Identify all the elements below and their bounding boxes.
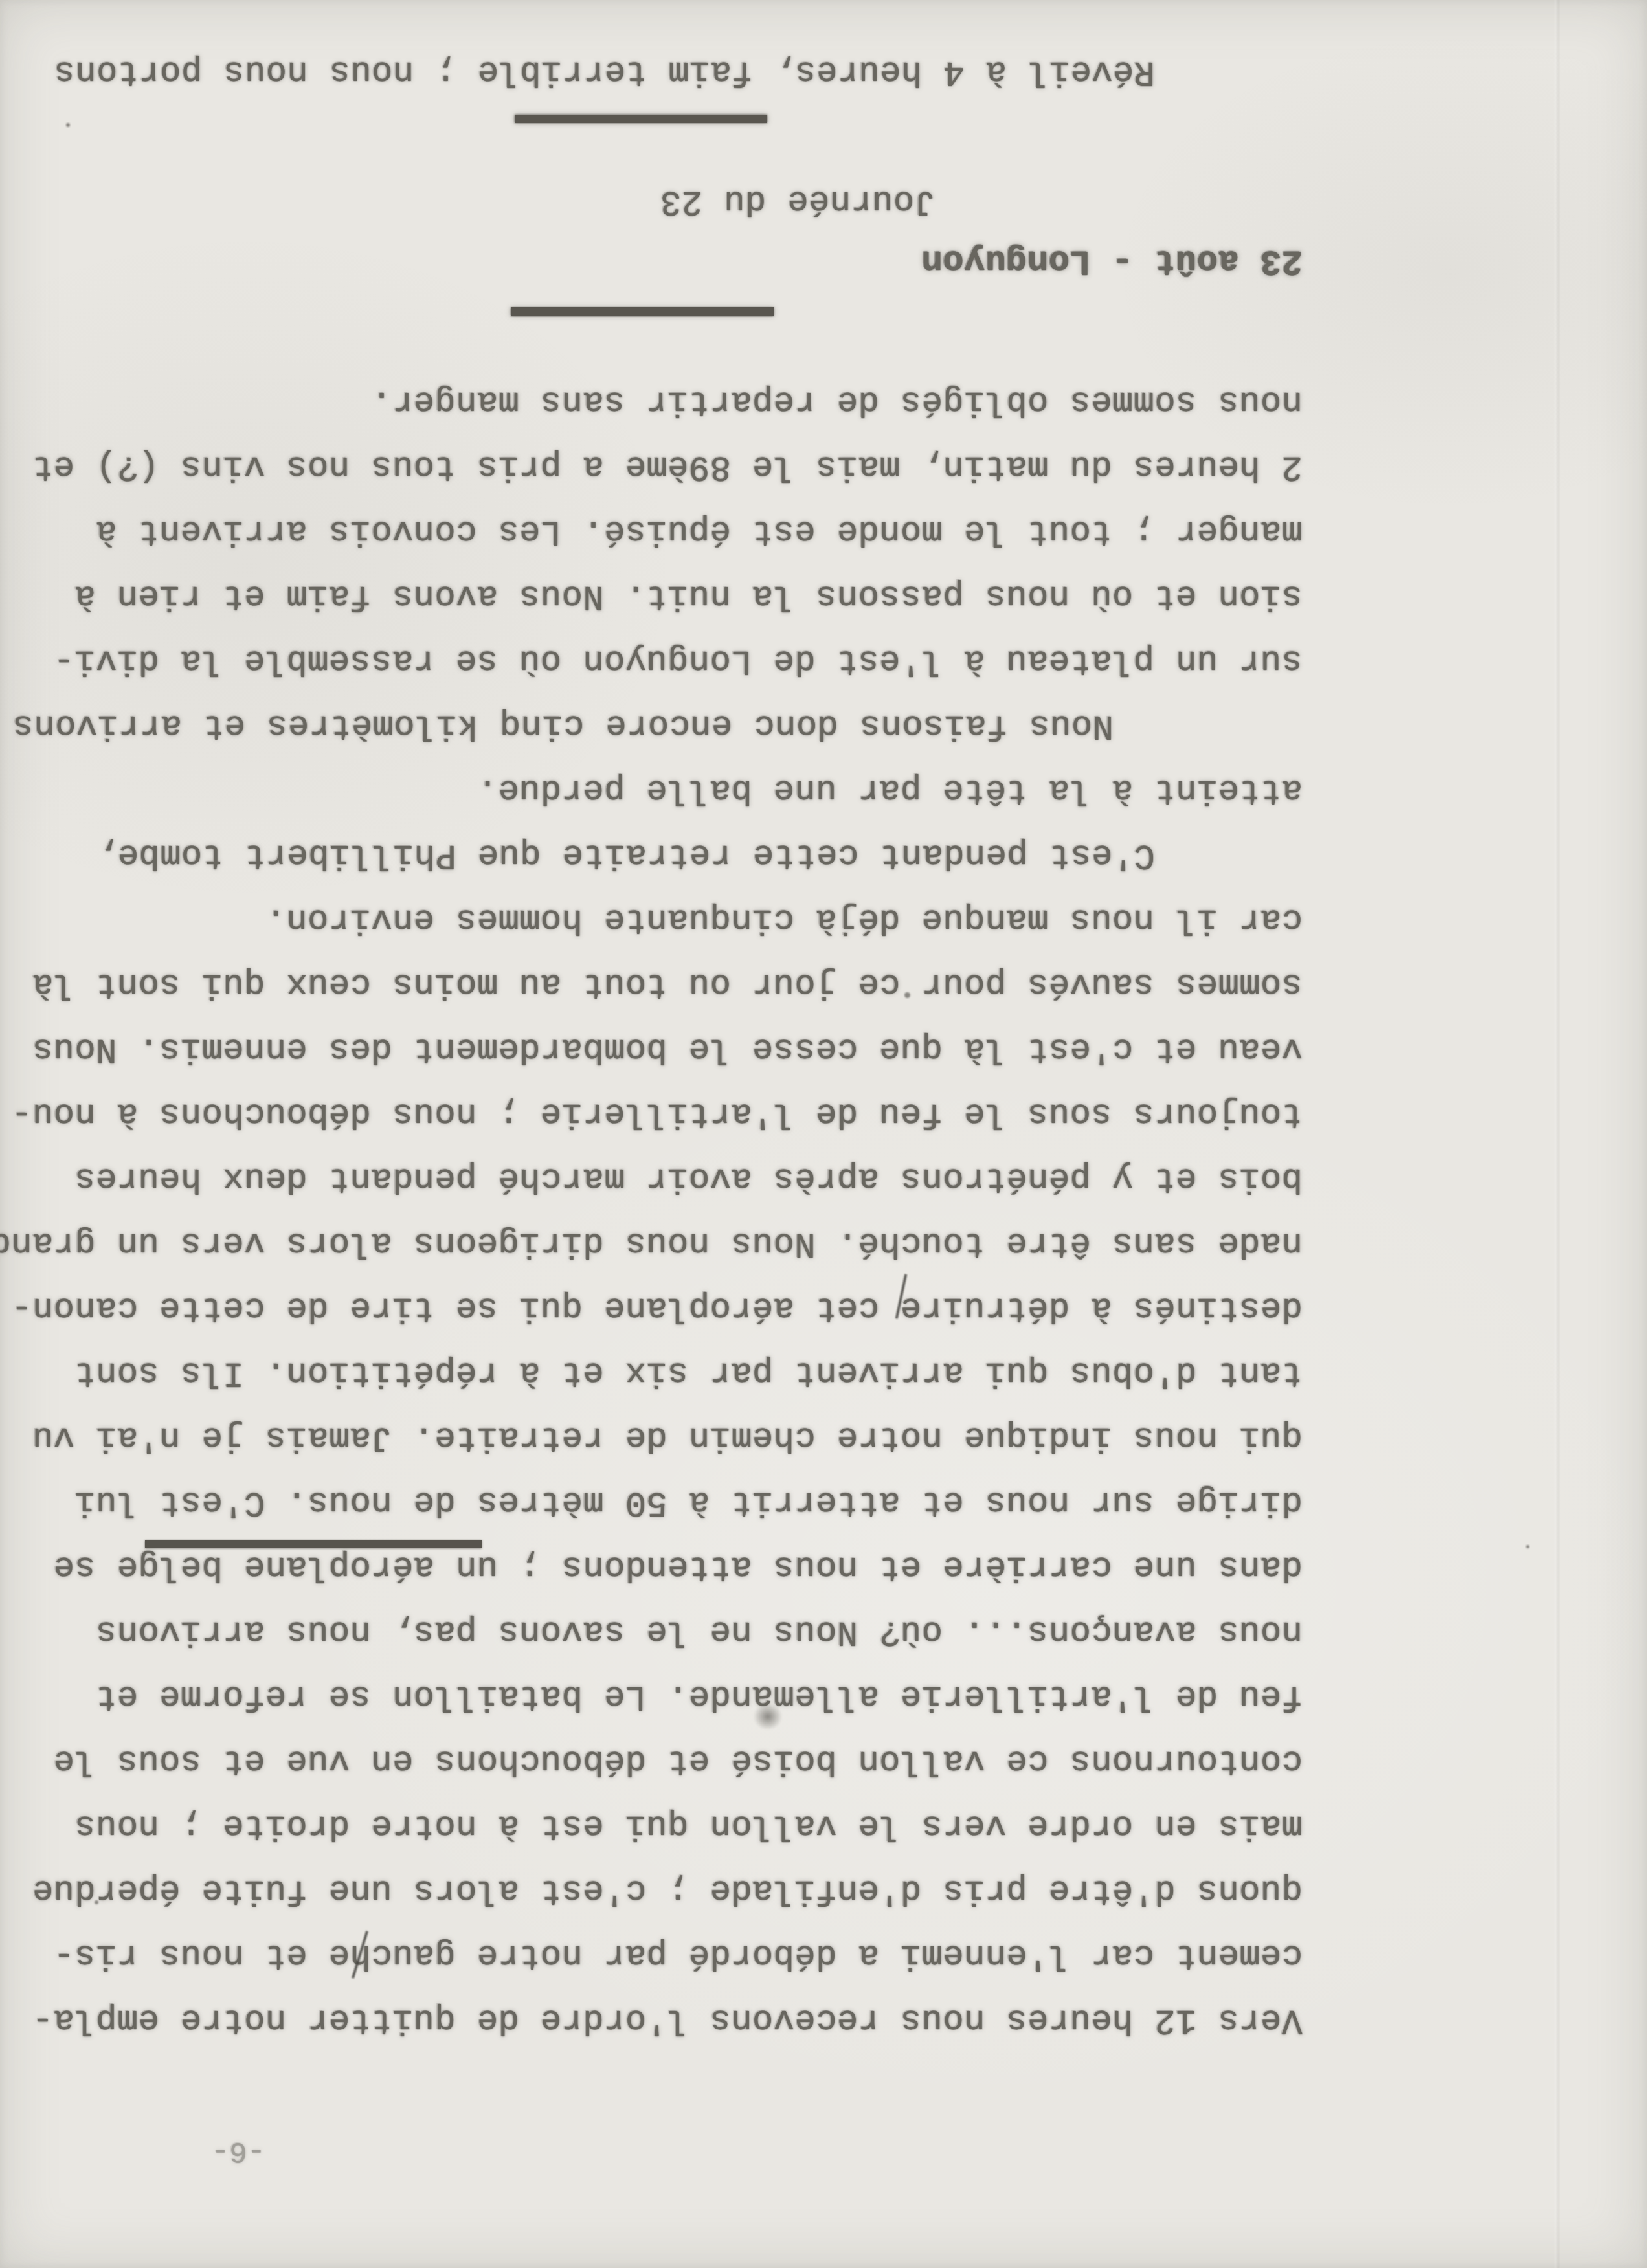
paper-crease — [1554, 0, 1560, 2268]
aeroplane-belge-underline — [145, 1540, 482, 1548]
paper-speck — [904, 992, 910, 998]
entry-date-heading: 23 août - Longuyon — [921, 228, 1303, 293]
paper-speck — [1526, 1545, 1529, 1548]
diary-paragraph-phillibert: C'est pendant cette retraite que Phillib… — [1, 757, 1303, 887]
entry-day-heading: Journée du 23 — [660, 168, 936, 233]
page-number: -6- — [211, 2136, 265, 2166]
paper-speck — [95, 1900, 98, 1904]
diary-paragraph-longuyon-night: Nous faisons donc encore cinq kilomètres… — [1, 369, 1303, 757]
separator-rule-top — [511, 307, 774, 316]
paper-speck — [66, 123, 70, 127]
ink-blot — [750, 1700, 786, 1733]
scanned-diary-page: -6- Vers 12 heures nous recevons l'ordre… — [0, 0, 1647, 2268]
diary-paragraph-retreat: Vers 12 heures nous recevons l'ordre de … — [1, 887, 1303, 2052]
separator-rule-bottom — [515, 115, 767, 123]
entry-first-line: Réveil à 4 heures, faim terrible ; nous … — [1, 39, 1303, 104]
